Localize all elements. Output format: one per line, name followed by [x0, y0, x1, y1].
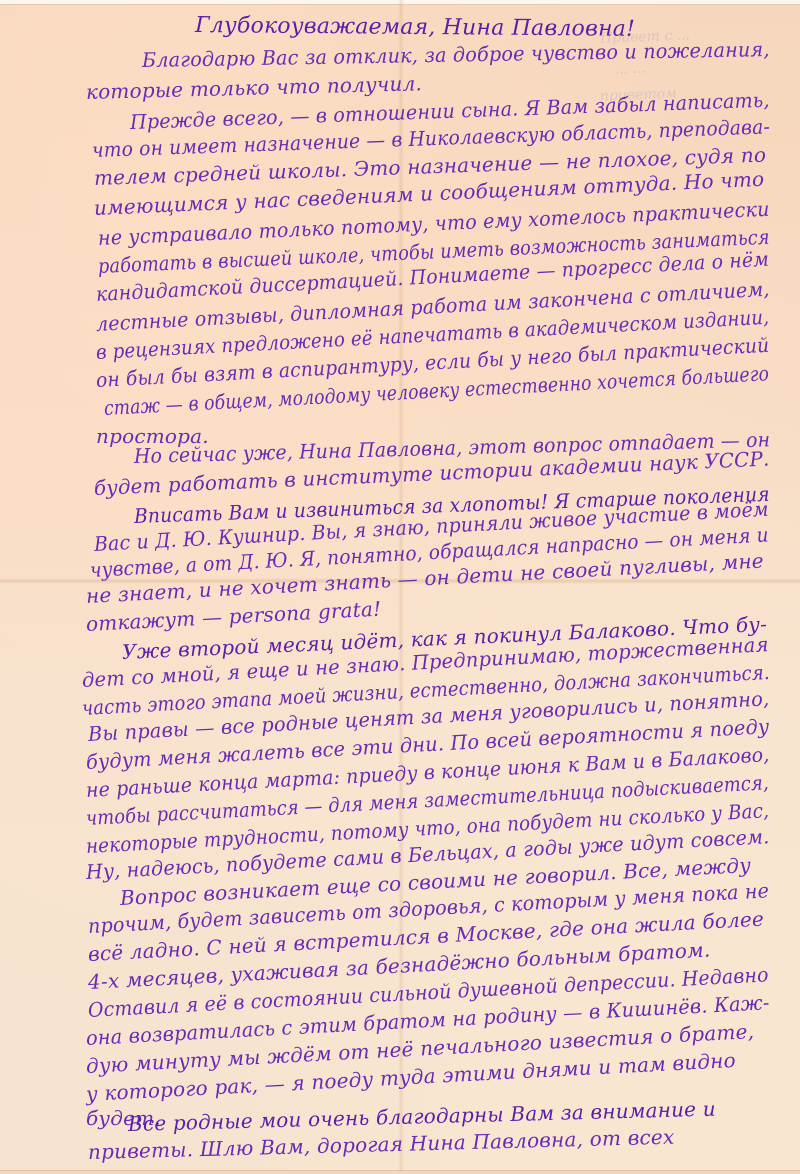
paper-bottom-edge: [0, 1170, 800, 1174]
letter-line: которые только что получил.: [86, 71, 423, 104]
letter-page: Привет с ... ... ... приветом Глубокоува…: [0, 0, 800, 1174]
letter-salutation: Глубокоуважаемая, Нина Павловна!: [195, 14, 635, 42]
letter-line: Благодарю Вас за отклик, за доброе чувст…: [142, 37, 770, 72]
